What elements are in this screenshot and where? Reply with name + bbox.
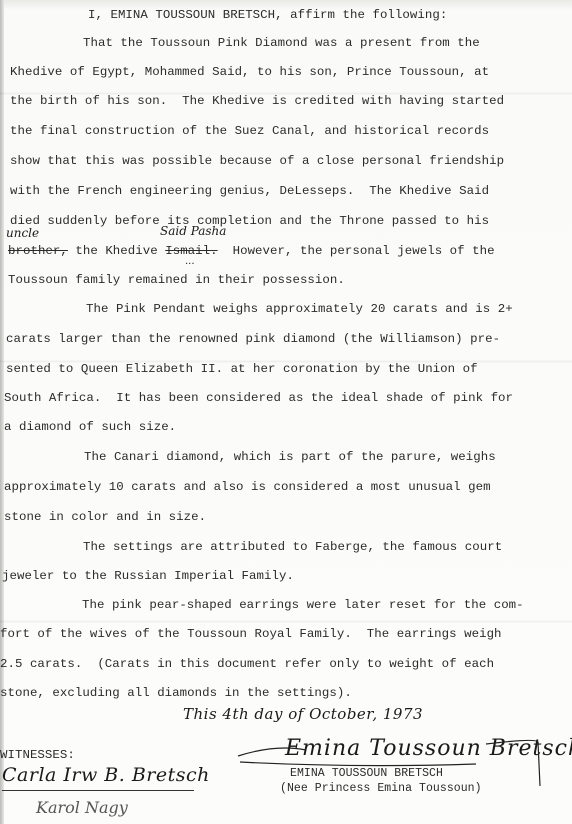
- page-edge: [0, 0, 4, 824]
- paragraph-1-line: the final construction of the Suez Canal…: [10, 124, 489, 138]
- witness-signature: Karol Nagy: [36, 798, 128, 817]
- handwritten-annotation: uncle: [6, 226, 39, 240]
- paragraph-2-line: South Africa. It has been considered as …: [4, 391, 513, 405]
- paragraph-1-line: Toussoun family remained in their posses…: [8, 273, 345, 287]
- paragraph-1-line: with the French engineering genius, DeLe…: [10, 184, 489, 198]
- paragraph-1-line: the birth of his son. The Khedive is cre…: [10, 94, 504, 108]
- handwritten-annotation: ...: [185, 256, 195, 267]
- paragraph-1-line: show that this was possible because of a…: [10, 154, 504, 168]
- paragraph-4-line: jeweler to the Russian Imperial Family.: [2, 569, 294, 583]
- witnesses-label: WITNESSES:: [0, 748, 75, 762]
- paragraph-3-line: stone in color and in size.: [4, 510, 206, 524]
- paragraph-5-line: 2.5 carats. (Carats in this document ref…: [0, 657, 494, 671]
- witness-signature: Carla Irw B. Bretsch: [2, 764, 210, 786]
- handwritten-annotation: Said Pasha: [160, 224, 226, 238]
- paragraph-5-line: fort of the wives of the Toussoun Royal …: [0, 627, 502, 641]
- corrected-line: brother, the Khedive Ismail. However, th…: [8, 244, 495, 258]
- signature-line: [2, 790, 194, 791]
- document-page: I, EMINA TOUSSOUN BRETSCH, affirm the fo…: [0, 0, 572, 824]
- fold-crease: [0, 620, 572, 623]
- paragraph-3-line: The Canari diamond, which is part of the…: [84, 450, 496, 464]
- paragraph-3-line: approximately 10 carats and also is cons…: [4, 480, 491, 494]
- affirmation-heading: I, EMINA TOUSSOUN BRETSCH, affirm the fo…: [88, 8, 447, 22]
- paragraph-2-line: a diamond of such size.: [4, 420, 176, 434]
- paragraph-2-line: sented to Queen Elizabeth II. at her cor…: [6, 362, 478, 376]
- paragraph-1-line: died suddenly before its completion and …: [10, 214, 489, 228]
- paragraph-5-line: stone, excluding all diamonds in the set…: [0, 686, 352, 700]
- paragraph-5-line: The pink pear-shaped earrings were later…: [82, 598, 524, 612]
- paragraph-1-line: Khedive of Egypt, Mohammed Said, to his …: [10, 65, 489, 79]
- handwritten-date: This 4th day of October, 1973: [183, 705, 423, 723]
- signer-name: EMINA TOUSSOUN BRETSCH: [290, 767, 443, 780]
- paragraph-4-line: The settings are attributed to Faberge, …: [83, 540, 502, 554]
- struck-word: brother,: [8, 244, 68, 258]
- signer-subtitle: (Nee Princess Emina Toussoun): [280, 782, 482, 795]
- paragraph-1-line: That the Toussoun Pink Diamond was a pre…: [83, 36, 480, 50]
- paragraph-2-line: The Pink Pendant weighs approximately 20…: [86, 302, 513, 316]
- paragraph-2-line: carats larger than the renowned pink dia…: [6, 332, 500, 346]
